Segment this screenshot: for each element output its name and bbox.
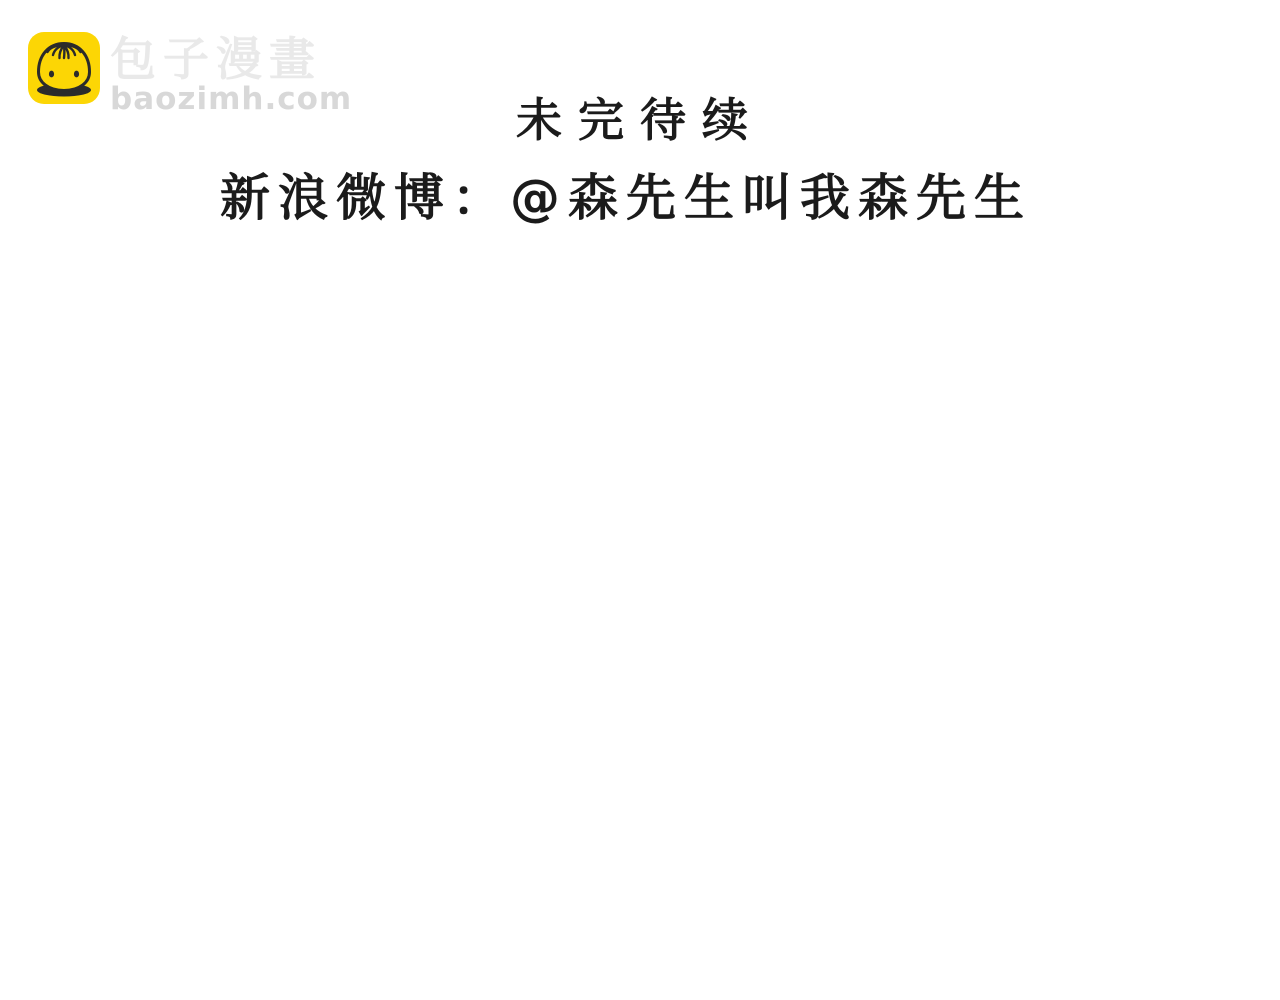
weibo-credit-text: 新浪微博：@森先生叫我森先生 <box>0 158 1266 230</box>
comic-page: 包子漫畫 baozimh.com 未完待续 新浪微博：@森先生叫我森先生 <box>0 0 1280 1000</box>
watermark-site-name: 包子漫畫 <box>110 32 352 82</box>
to-be-continued-text: 未完待续 <box>0 84 1280 150</box>
